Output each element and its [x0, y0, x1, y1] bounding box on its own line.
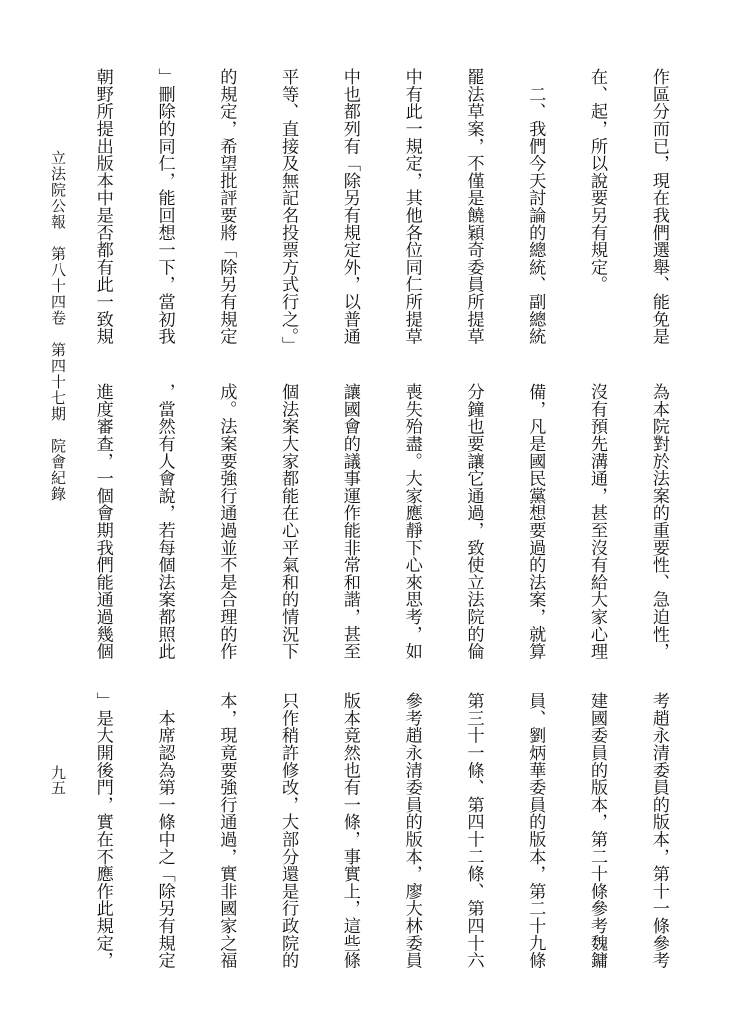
text-column: 進度審查，一個會期我們能通過幾個法 — [92, 383, 113, 659]
text-column: 版本竟然也有一條，事實上，這些條文 — [339, 692, 360, 968]
text-column: 第三十一條、第四十二條、第四十六條 — [463, 692, 484, 968]
text-column: 中有此一規定，其他各位同仁所提草案 — [401, 68, 422, 344]
text-column: 分鐘也要讓它通過，致使立法院的倫理 — [463, 383, 484, 659]
text-column: 二、我們今天討論的總統、副總統選 — [525, 68, 546, 344]
text-column: 在、起，所以說要另有規定。 — [586, 68, 607, 344]
text-column: 本席認為第一條中之「除另有規定外 — [154, 692, 175, 968]
text-column: 只作稍許修改，大部分還是行政院的版 — [278, 692, 299, 968]
text-column: 」是大開後門，實在不應作此規定，以 — [92, 692, 113, 968]
text-band-middle: 為本院對於法案的重要性、急迫性，都 沒有預先溝通，甚至沒有給大家心理準 備，凡是… — [92, 383, 710, 659]
text-column: 讓國會的議事運作能非常和諧，甚至每 — [339, 383, 360, 659]
text-column: 中也都列有「除另有規定外，以普通、 — [339, 68, 360, 344]
running-header: 立法院公報 第八十四卷 第四十七期 院會紀錄 — [48, 150, 68, 502]
text-column: 朝野所提出版本中是否都有此一致規定 — [92, 68, 113, 344]
text-column: 喪失殆盡。大家應靜下心來思考，如何 — [401, 383, 422, 659]
text-column: 成。法案要強行通過並不是合理的作法 — [216, 383, 237, 659]
text-column: 罷法草案，不僅是饒穎奇委員所提草案 — [463, 68, 484, 344]
text-column: 沒有預先溝通，甚至沒有給大家心理準 — [586, 383, 607, 659]
text-band-bottom: 考趙永清委員的版本，第十一條參考張 建國委員的版本，第二十條參考魏鏞委 員、劉炳… — [92, 692, 710, 968]
text-column: 備，凡是國民黨想要過的法案，就算一 — [525, 383, 546, 659]
text-column: 」刪除的同仁，能回想一下，當初我們 — [154, 68, 175, 344]
text-column: 個法案大家都能在心平氣和的情況下完 — [278, 383, 299, 659]
text-column: 員、劉炳華委員的版本，第二十九條、 — [525, 692, 546, 968]
page-number: 九五 — [48, 765, 68, 795]
text-column: 建國委員的版本，第二十條參考魏鏞委 — [586, 692, 607, 968]
text-column: 本，現竟要強行通過，實非國家之福。 — [216, 692, 237, 968]
text-column: ，當然有人會說，若每個法案都照此種 — [154, 383, 175, 659]
text-column: 的規定，希望批評要將「除另有規定外 — [216, 68, 237, 344]
text-column: 考趙永清委員的版本，第十一條參考張 — [648, 692, 669, 968]
text-column: 平等、直接及無記名投票方式行之。」 — [278, 68, 299, 344]
text-band-top: 作區分而已，現在我們選舉、能免是合 在、起，所以說要另有規定。 二、我們今天討論… — [92, 68, 710, 344]
text-column: 為本院對於法案的重要性、急迫性，都 — [648, 383, 669, 659]
text-column: 作區分而已，現在我們選舉、能免是合 — [648, 68, 669, 344]
text-column: 參考趙永清委員的版本，廖大林委員的 — [401, 692, 422, 968]
